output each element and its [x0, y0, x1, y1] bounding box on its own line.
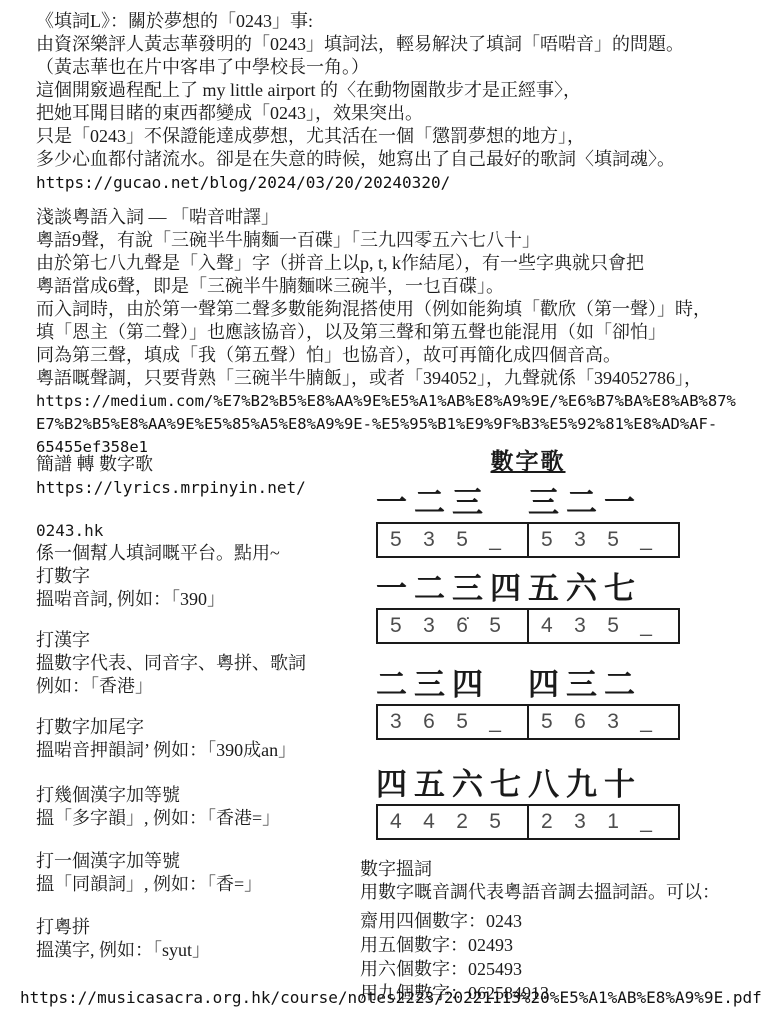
tip-item: 打幾個漢字加等號 搵「多字韻」, 例如：「香港=」	[36, 784, 358, 830]
text-line: 粵語當成6聲，即是「三碗半牛腩麵咪三碗半，一乜百碟」。	[36, 275, 736, 298]
note: 3	[574, 806, 586, 838]
note: 3	[390, 706, 402, 738]
notation-cell: 4 3 5 _	[527, 610, 678, 642]
tip-item: 打漢字 搵數字代表、同音字、粵拼、歌詞 例如：「香港」	[36, 629, 358, 698]
number-search-title: 數字搵詞	[360, 858, 760, 881]
song-heading-part: 一二三四五六七	[376, 570, 642, 608]
note: 5	[541, 524, 553, 556]
notation-cell: 2 3 1 _	[527, 806, 678, 838]
song-row: 二三四 四三二 3 6 5 _ 5 6 3 _	[360, 666, 760, 740]
number-search-block: 數字搵詞 用數字嘅音調代表粵語音調去搵詞語。可以： 齋用四個數字：0243 用五…	[360, 858, 760, 1005]
song-heading-part: 一二三	[376, 484, 490, 522]
note: 5	[456, 706, 468, 738]
note: _	[489, 706, 501, 738]
text-line: 粵語9聲，有說「三碗半牛腩麵一百碟」「三九四零五六七八十」	[36, 229, 736, 252]
text-line: 多少心血都付諸流水。卻是在失意的時候，她寫出了自己最好的歌詞〈填詞魂〉。	[36, 148, 684, 171]
note: 5	[541, 706, 553, 738]
section-heading: 淺談粵語入詞 — 「啱音咁譯」	[36, 206, 736, 229]
note: _	[640, 610, 652, 642]
song-heading-part: 二三四	[376, 666, 490, 704]
tip-item: 打數字 搵啱音詞, 例如：「390」	[36, 565, 358, 611]
platform-desc: 係一個幫人填詞嘅平台。點用~	[36, 542, 358, 565]
gucao-blog-url[interactable]: https://gucao.net/blog/2024/03/20/202403…	[36, 171, 684, 194]
tip-item: 打一個漢字加等號 搵「同韻詞」, 例如：「香=」	[36, 850, 358, 896]
song-heading: 一二三四五六七	[376, 570, 760, 608]
song-row: 四五六七八九十 4 4 2 5 2 3 1 _	[360, 766, 760, 840]
search-option: 用五個數字：02493	[360, 933, 760, 957]
song-heading: 四五六七八九十	[376, 766, 760, 804]
tip-line: 搵啱音詞, 例如：「390」	[36, 588, 358, 611]
note: 4	[423, 806, 435, 838]
note: 3	[607, 706, 619, 738]
tip-item: 打粵拼 搵漢字, 例如：「syut」	[36, 916, 358, 962]
search-option: 用六個數字：025493	[360, 957, 760, 981]
text-line: 同為第三聲，填成「我（第五聲）怕」也協音），故可再簡化成四個音高。	[36, 344, 736, 367]
notation-box: 3 6 5 _ 5 6 3 _	[376, 704, 680, 740]
text-line: 粵語嘅聲調，只要背熟「三碗半牛腩飯」，或者「394052」，九聲就係「39405…	[36, 367, 736, 390]
notation-cell: 4 4 2 5	[378, 806, 527, 838]
note: 2	[541, 806, 553, 838]
platform-name: 0243.hk	[36, 519, 358, 542]
note: 1	[607, 806, 619, 838]
tip-title: 打一個漢字加等號	[36, 850, 358, 873]
note: 3	[574, 524, 586, 556]
note: 3	[423, 524, 435, 556]
tools-column: 簡譜 轉 數字歌 https://lyrics.mrpinyin.net/ 02…	[36, 453, 358, 962]
song-heading: 一二三 三二一	[376, 484, 760, 522]
tip-title: 打漢字	[36, 629, 358, 652]
tip-title: 打幾個漢字加等號	[36, 784, 358, 807]
note: _	[640, 706, 652, 738]
note-octave-dot: 6̇	[456, 610, 468, 642]
note: 5	[607, 610, 619, 642]
tip-title: 打數字加尾字	[36, 716, 358, 739]
song-heading-part: 四三二	[528, 666, 642, 704]
note: 2	[456, 806, 468, 838]
note: 4	[541, 610, 553, 642]
notation-box: 4 4 2 5 2 3 1 _	[376, 804, 680, 840]
text-line: 填「恩主（第二聲）」也應該協音），以及第三聲和第五聲也能混用（如「卻怕」	[36, 321, 736, 344]
medium-article-url[interactable]: E7%B2%B5%E8%AA%9E%E5%85%A5%E8%A9%9E-%E5%…	[36, 413, 736, 436]
tip-line: 搵「同韻詞」, 例如：「香=」	[36, 873, 358, 896]
tools-heading: 簡譜 轉 數字歌	[36, 453, 358, 476]
song-heading: 二三四 四三二	[376, 666, 760, 704]
notation-cell: 5 6 3 _	[527, 706, 678, 738]
note: 3	[574, 610, 586, 642]
note: _	[640, 524, 652, 556]
number-song-column: 數字歌 一二三 三二一 5 3 5 _ 5 3 5 _	[360, 448, 760, 1005]
tip-title: 打數字	[36, 565, 358, 588]
notation-cell: 3 6 5 _	[378, 706, 527, 738]
text-line: 由於第七八九聲是「入聲」字（拼音上以p, t, k作結尾），有一些字典就只會把	[36, 252, 736, 275]
text-line: 這個開竅過程配上了 my little airport 的〈在動物園散步才是正經…	[36, 79, 684, 102]
intro-section: 《填詞L》：關於夢想的「0243」事: 由資深樂評人黃志華發明的「0243」填詞…	[36, 10, 684, 194]
tip-line: 搵數字代表、同音字、粵拼、歌詞	[36, 652, 358, 675]
tip-title: 打粵拼	[36, 916, 358, 939]
notation-cell: 5 3 6̇ 5	[378, 610, 527, 642]
mrpinyin-url[interactable]: https://lyrics.mrpinyin.net/	[36, 476, 358, 499]
note: 5	[607, 524, 619, 556]
song-heading-part: 三二一	[528, 484, 642, 522]
text-line: 而入詞時，由於第一聲第二聲多數能夠混搭使用（例如能夠填「歡欣（第一聲）」時，	[36, 298, 736, 321]
text-line: 把她耳聞目睹的東西都變成「0243」，效果突出。	[36, 102, 684, 125]
text-line: 只是「0243」不保證能達成夢想，尤其活在一個「懲罰夢想的地方」，	[36, 125, 684, 148]
note: 3	[423, 610, 435, 642]
tip-line: 搵「多字韻」, 例如：「香港=」	[36, 807, 358, 830]
number-song-title: 數字歌	[376, 448, 680, 476]
tip-line: 搵漢字, 例如：「syut」	[36, 939, 358, 962]
song-heading-part: 四五六七八九十	[376, 766, 642, 804]
notation-cell: 5 3 5 _	[378, 524, 527, 556]
notation-box: 5 3 6̇ 5 4 3 5 _	[376, 608, 680, 644]
note: 5	[489, 610, 501, 642]
text-line: （黃志華也在片中客串了中學校長一角。）	[36, 56, 684, 79]
note: 4	[390, 806, 402, 838]
cantonese-tones-section: 淺談粵語入詞 — 「啱音咁譯」 粵語9聲，有說「三碗半牛腩麵一百碟」「三九四零五…	[36, 206, 736, 459]
tip-item: 打數字加尾字 搵啱音押韻詞’ 例如：「390成an」	[36, 716, 358, 762]
platform-block: 0243.hk 係一個幫人填詞嘅平台。點用~	[36, 519, 358, 565]
notation-box: 5 3 5 _ 5 3 5 _	[376, 522, 680, 558]
note: 6	[423, 706, 435, 738]
musicasacra-pdf-url[interactable]: https://musicasacra.org.hk/course/notes2…	[20, 986, 762, 1009]
note: 5	[390, 524, 402, 556]
tip-line: 例如：「香港」	[36, 675, 358, 698]
notation-cell: 5 3 5 _	[527, 524, 678, 556]
text-line: 由資深樂評人黃志華發明的「0243」填詞法，輕易解決了填詞「唔啱音」的問題。	[36, 33, 684, 56]
note: 6	[574, 706, 586, 738]
number-search-desc: 用數字嘅音調代表粵語音調去搵詞語。可以：	[360, 881, 760, 904]
note: 5	[390, 610, 402, 642]
note: _	[489, 524, 501, 556]
tip-line: 搵啱音押韻詞’ 例如：「390成an」	[36, 739, 358, 762]
search-option: 齋用四個數字：0243	[360, 909, 760, 933]
song-row: 一二三 三二一 5 3 5 _ 5 3 5 _	[360, 484, 760, 558]
medium-article-url[interactable]: https://medium.com/%E7%B2%B5%E8%AA%9E%E5…	[36, 390, 736, 413]
text-line: 《填詞L》：關於夢想的「0243」事:	[36, 10, 684, 33]
note: 5	[456, 524, 468, 556]
note: _	[640, 806, 652, 838]
note: 5	[489, 806, 501, 838]
song-row: 一二三四五六七 5 3 6̇ 5 4 3 5 _	[360, 570, 760, 644]
